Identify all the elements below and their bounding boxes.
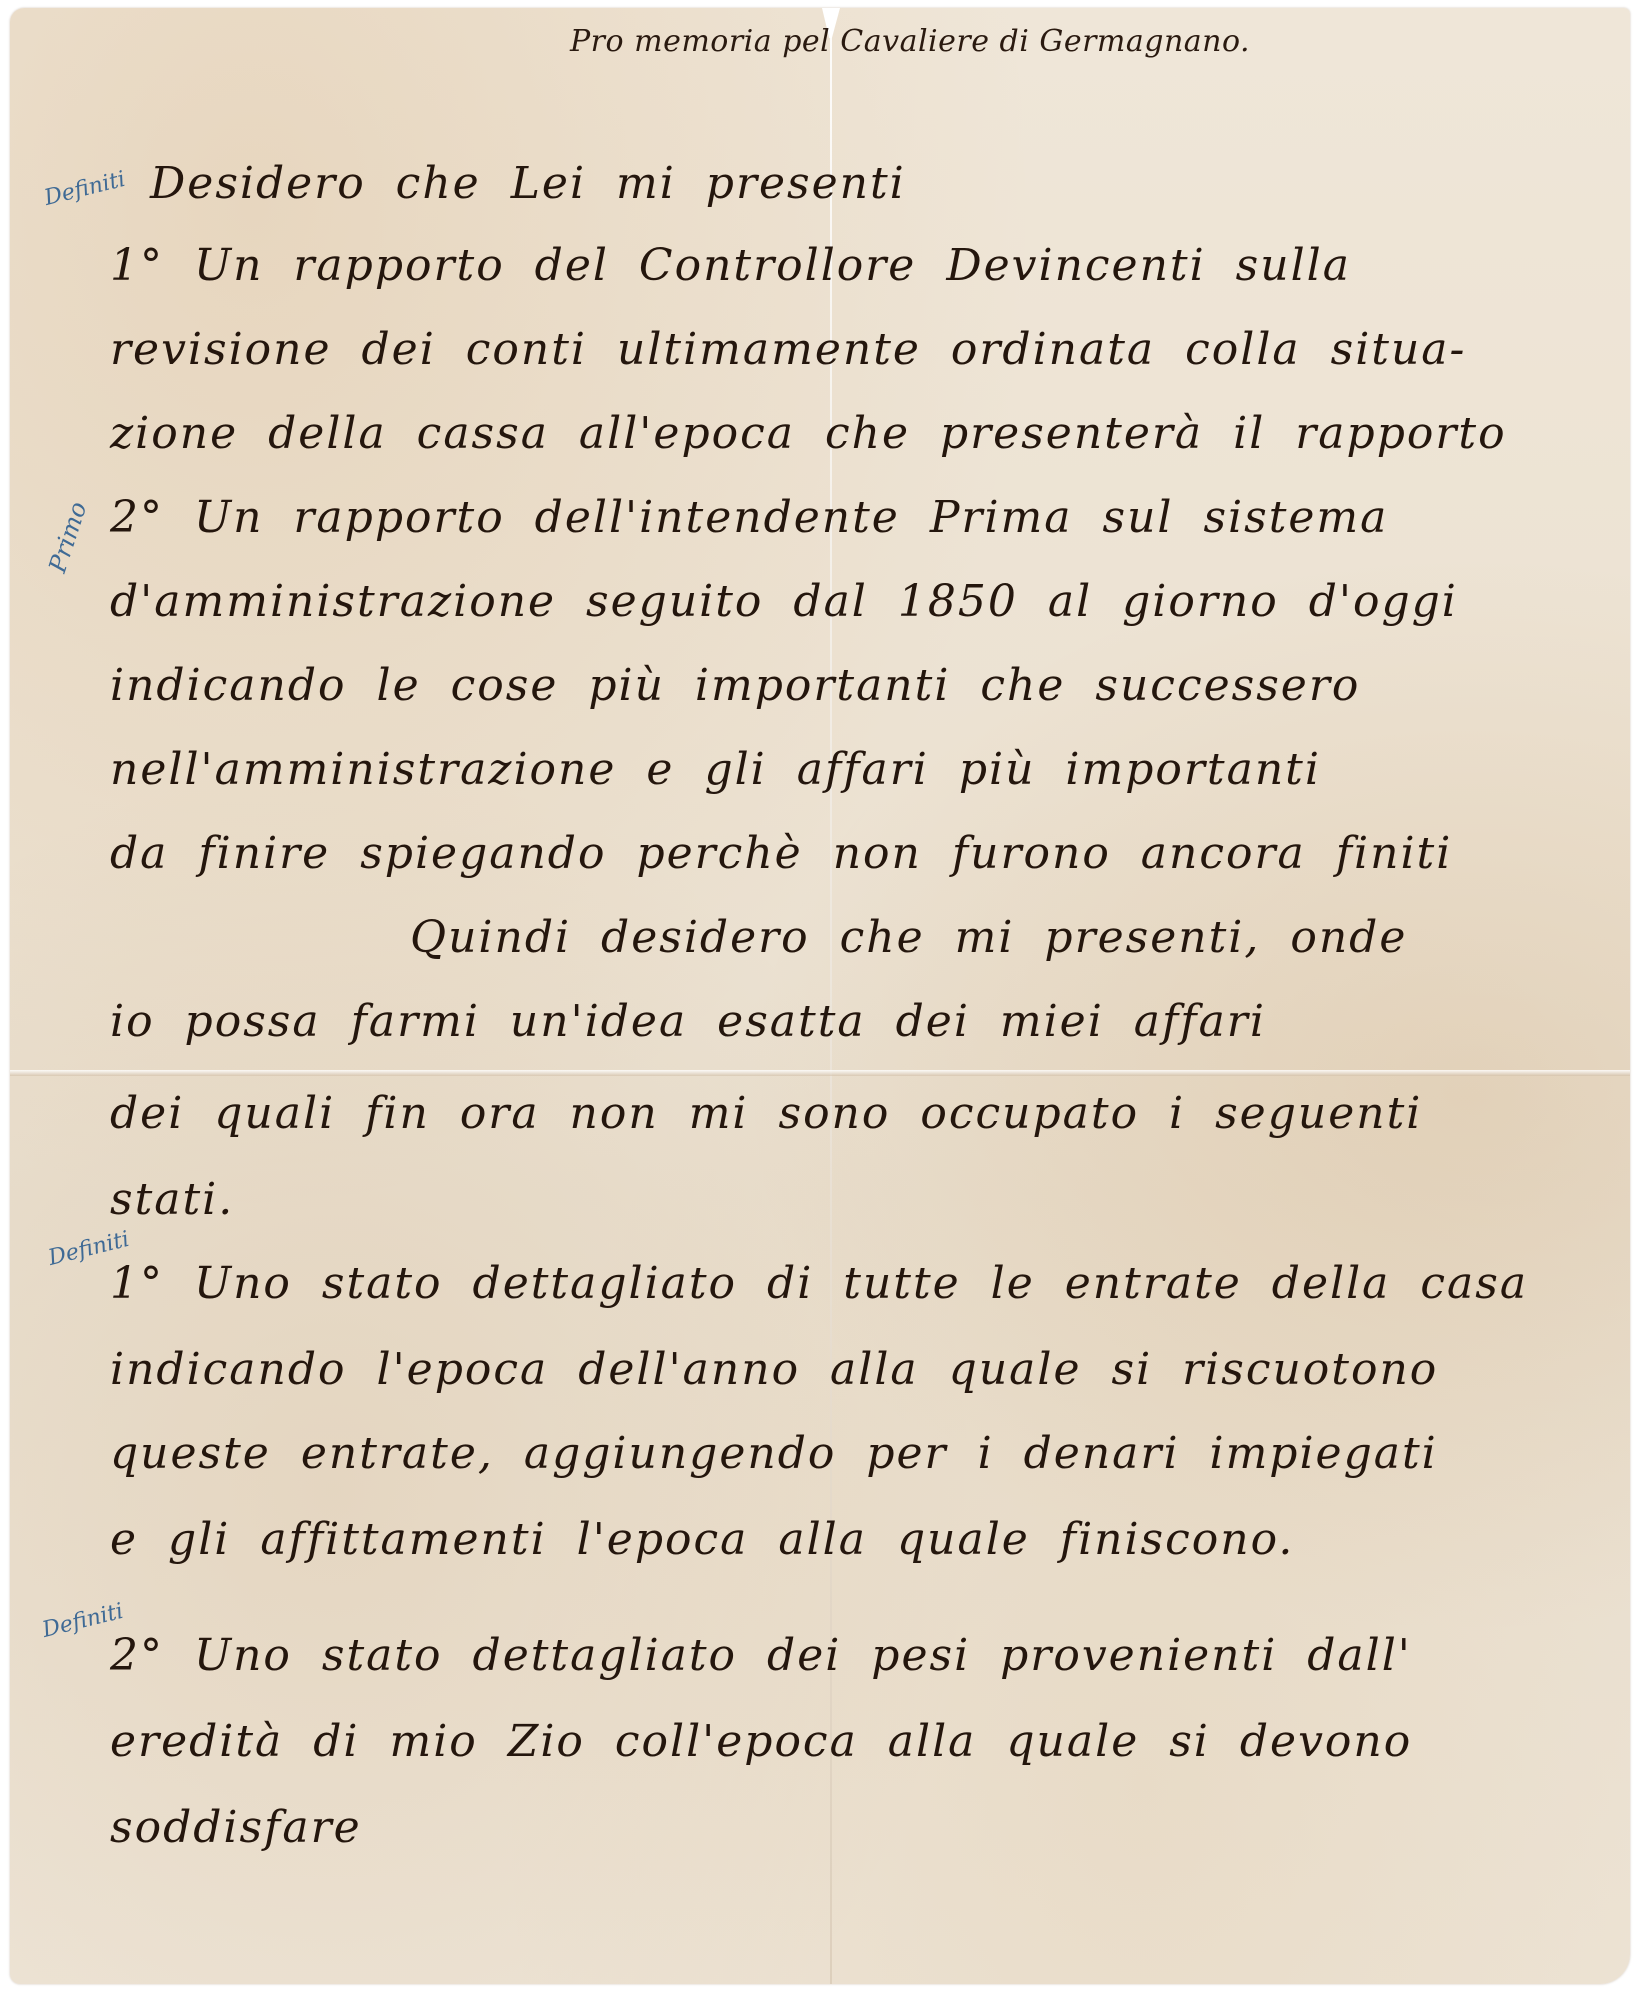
text-line: Quindi desidero che mi presenti, onde (410, 912, 1407, 963)
text-line: soddisfare (110, 1802, 362, 1853)
text-line: indicando l'epoca dell'anno alla quale s… (110, 1344, 1438, 1395)
manuscript-page: Pro memoria pel Cavaliere di Germagnano.… (10, 8, 1630, 1984)
text-line: d'amministrazione seguito dal 1850 al gi… (110, 576, 1458, 627)
document-heading: Pro memoria pel Cavaliere di Germagnano. (570, 24, 1250, 59)
text-line: zione della cassa all'epoca che presente… (110, 408, 1507, 459)
text-line: 2° Uno stato dettagliato dei pesi proven… (110, 1630, 1412, 1681)
margin-note-definiti-1: Definiti (42, 167, 128, 211)
text-line: Desidero che Lei mi presenti (150, 158, 906, 209)
text-line: revisione dei conti ultimamente ordinata… (110, 324, 1466, 375)
text-line: stati. (110, 1174, 234, 1225)
margin-note-primo: Primo (43, 498, 92, 576)
text-line: queste entrate, aggiungendo per i denari… (110, 1428, 1438, 1479)
text-line: io possa farmi un'idea esatta dei miei a… (110, 996, 1266, 1047)
text-line: nell'amministrazione e gli affari più im… (110, 744, 1321, 795)
text-line: eredità di mio Zio coll'epoca alla quale… (110, 1716, 1412, 1767)
text-line: da finire spiegando perchè non furono an… (110, 828, 1452, 879)
text-line: 1° Uno stato dettagliato di tutte le ent… (110, 1258, 1528, 1309)
text-line: 2° Un rapporto dell'intendente Prima sul… (110, 492, 1388, 543)
text-line: indicando le cose più importanti che suc… (110, 660, 1360, 711)
text-line: 1° Un rapporto del Controllore Devincent… (110, 240, 1351, 291)
text-line: dei quali fin ora non mi sono occupato i… (110, 1088, 1422, 1139)
text-line: e gli affittamenti l'epoca alla quale fi… (110, 1514, 1294, 1565)
horizontal-fold-crease (10, 1070, 1630, 1076)
